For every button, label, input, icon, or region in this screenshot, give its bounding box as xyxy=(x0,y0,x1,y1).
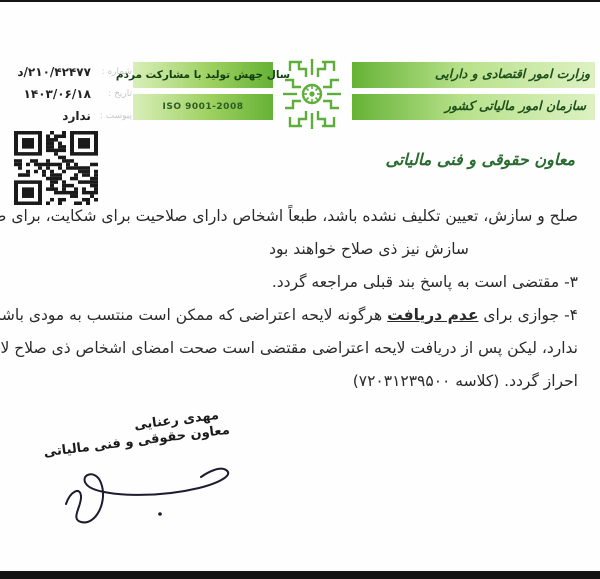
body-line-5: ندارد، لیکن پس از دریافت لایحه اعتراضی م… xyxy=(62,332,578,365)
reference-attachment-value: ندارد xyxy=(62,109,91,123)
body-line-1: صلح و سازش، تعیین تکلیف نشده باشد، طبعاً… xyxy=(62,200,578,233)
scan-bottom-edge xyxy=(0,571,600,579)
scanned-letter-page: شماره : ۲۱۰/۴۲۴۷۷/د تاریخ : ۱۴۰۳/۰۶/۱۸ پ… xyxy=(0,0,600,579)
body-line-4: ۴- جوازی برای عدم دریافت هرگونه لایحه اع… xyxy=(62,299,578,332)
iso-certification-label: ISO 9001-2008 xyxy=(163,102,244,112)
reference-date-value: ۱۴۰۳/۰۶/۱۸ xyxy=(24,87,91,101)
letter-body: صلح و سازش، تعیین تکلیف نشده باشد، طبعاً… xyxy=(62,200,578,398)
tax-organization-emblem-icon xyxy=(277,56,347,132)
letter-title: معاون حقوقی و فنی مالیاتی xyxy=(390,150,575,169)
reference-date-row: تاریخ : ۱۴۰۳/۰۶/۱۸ xyxy=(8,82,132,104)
body-line-3: ۳- مقتضی است به پاسخ بند قبلی مراجعه گرد… xyxy=(62,266,578,299)
body-line-4-suffix: هرگونه لایحه اعتراضی که ممکن است منتسب ب… xyxy=(0,306,387,324)
slogan-banner: سال جهش تولید با مشارکت مردم xyxy=(133,62,273,88)
signature-block: مهدی رعنایی معاون حقوقی و فنی مالیاتی xyxy=(53,407,230,459)
organization-name: سازمان امور مالیاتی کشور xyxy=(445,98,586,113)
qr-code-image xyxy=(14,131,98,205)
reference-date-label: تاریخ : xyxy=(96,83,132,105)
iso-banner: ISO 9001-2008 xyxy=(133,94,273,120)
reference-number-value: ۲۱۰/۴۲۴۷۷/د xyxy=(17,65,91,79)
reference-number-row: شماره : ۲۱۰/۴۲۴۷۷/د xyxy=(8,60,132,82)
body-line-6: احراز گردد. (کلاسه ۷۲۰۳۱۲۳۹۵۰۰) xyxy=(62,365,578,398)
body-line-4-emphasis: عدم دریافت xyxy=(387,306,478,324)
reference-attachment-row: پیوست : ندارد xyxy=(8,104,132,126)
slogan-text: سال جهش تولید با مشارکت مردم xyxy=(116,69,290,81)
reference-attachment-label: پیوست : xyxy=(96,105,132,127)
reference-block: شماره : ۲۱۰/۴۲۴۷۷/د تاریخ : ۱۴۰۳/۰۶/۱۸ پ… xyxy=(8,60,132,126)
ministry-name: وزارت امور اقتصادی و دارایی xyxy=(435,66,590,81)
body-line-4-prefix: ۴- جوازی برای xyxy=(478,306,578,324)
body-line-2: سازش نیز ذی صلاح خواهند بود xyxy=(62,233,578,266)
scan-top-edge xyxy=(0,0,600,2)
